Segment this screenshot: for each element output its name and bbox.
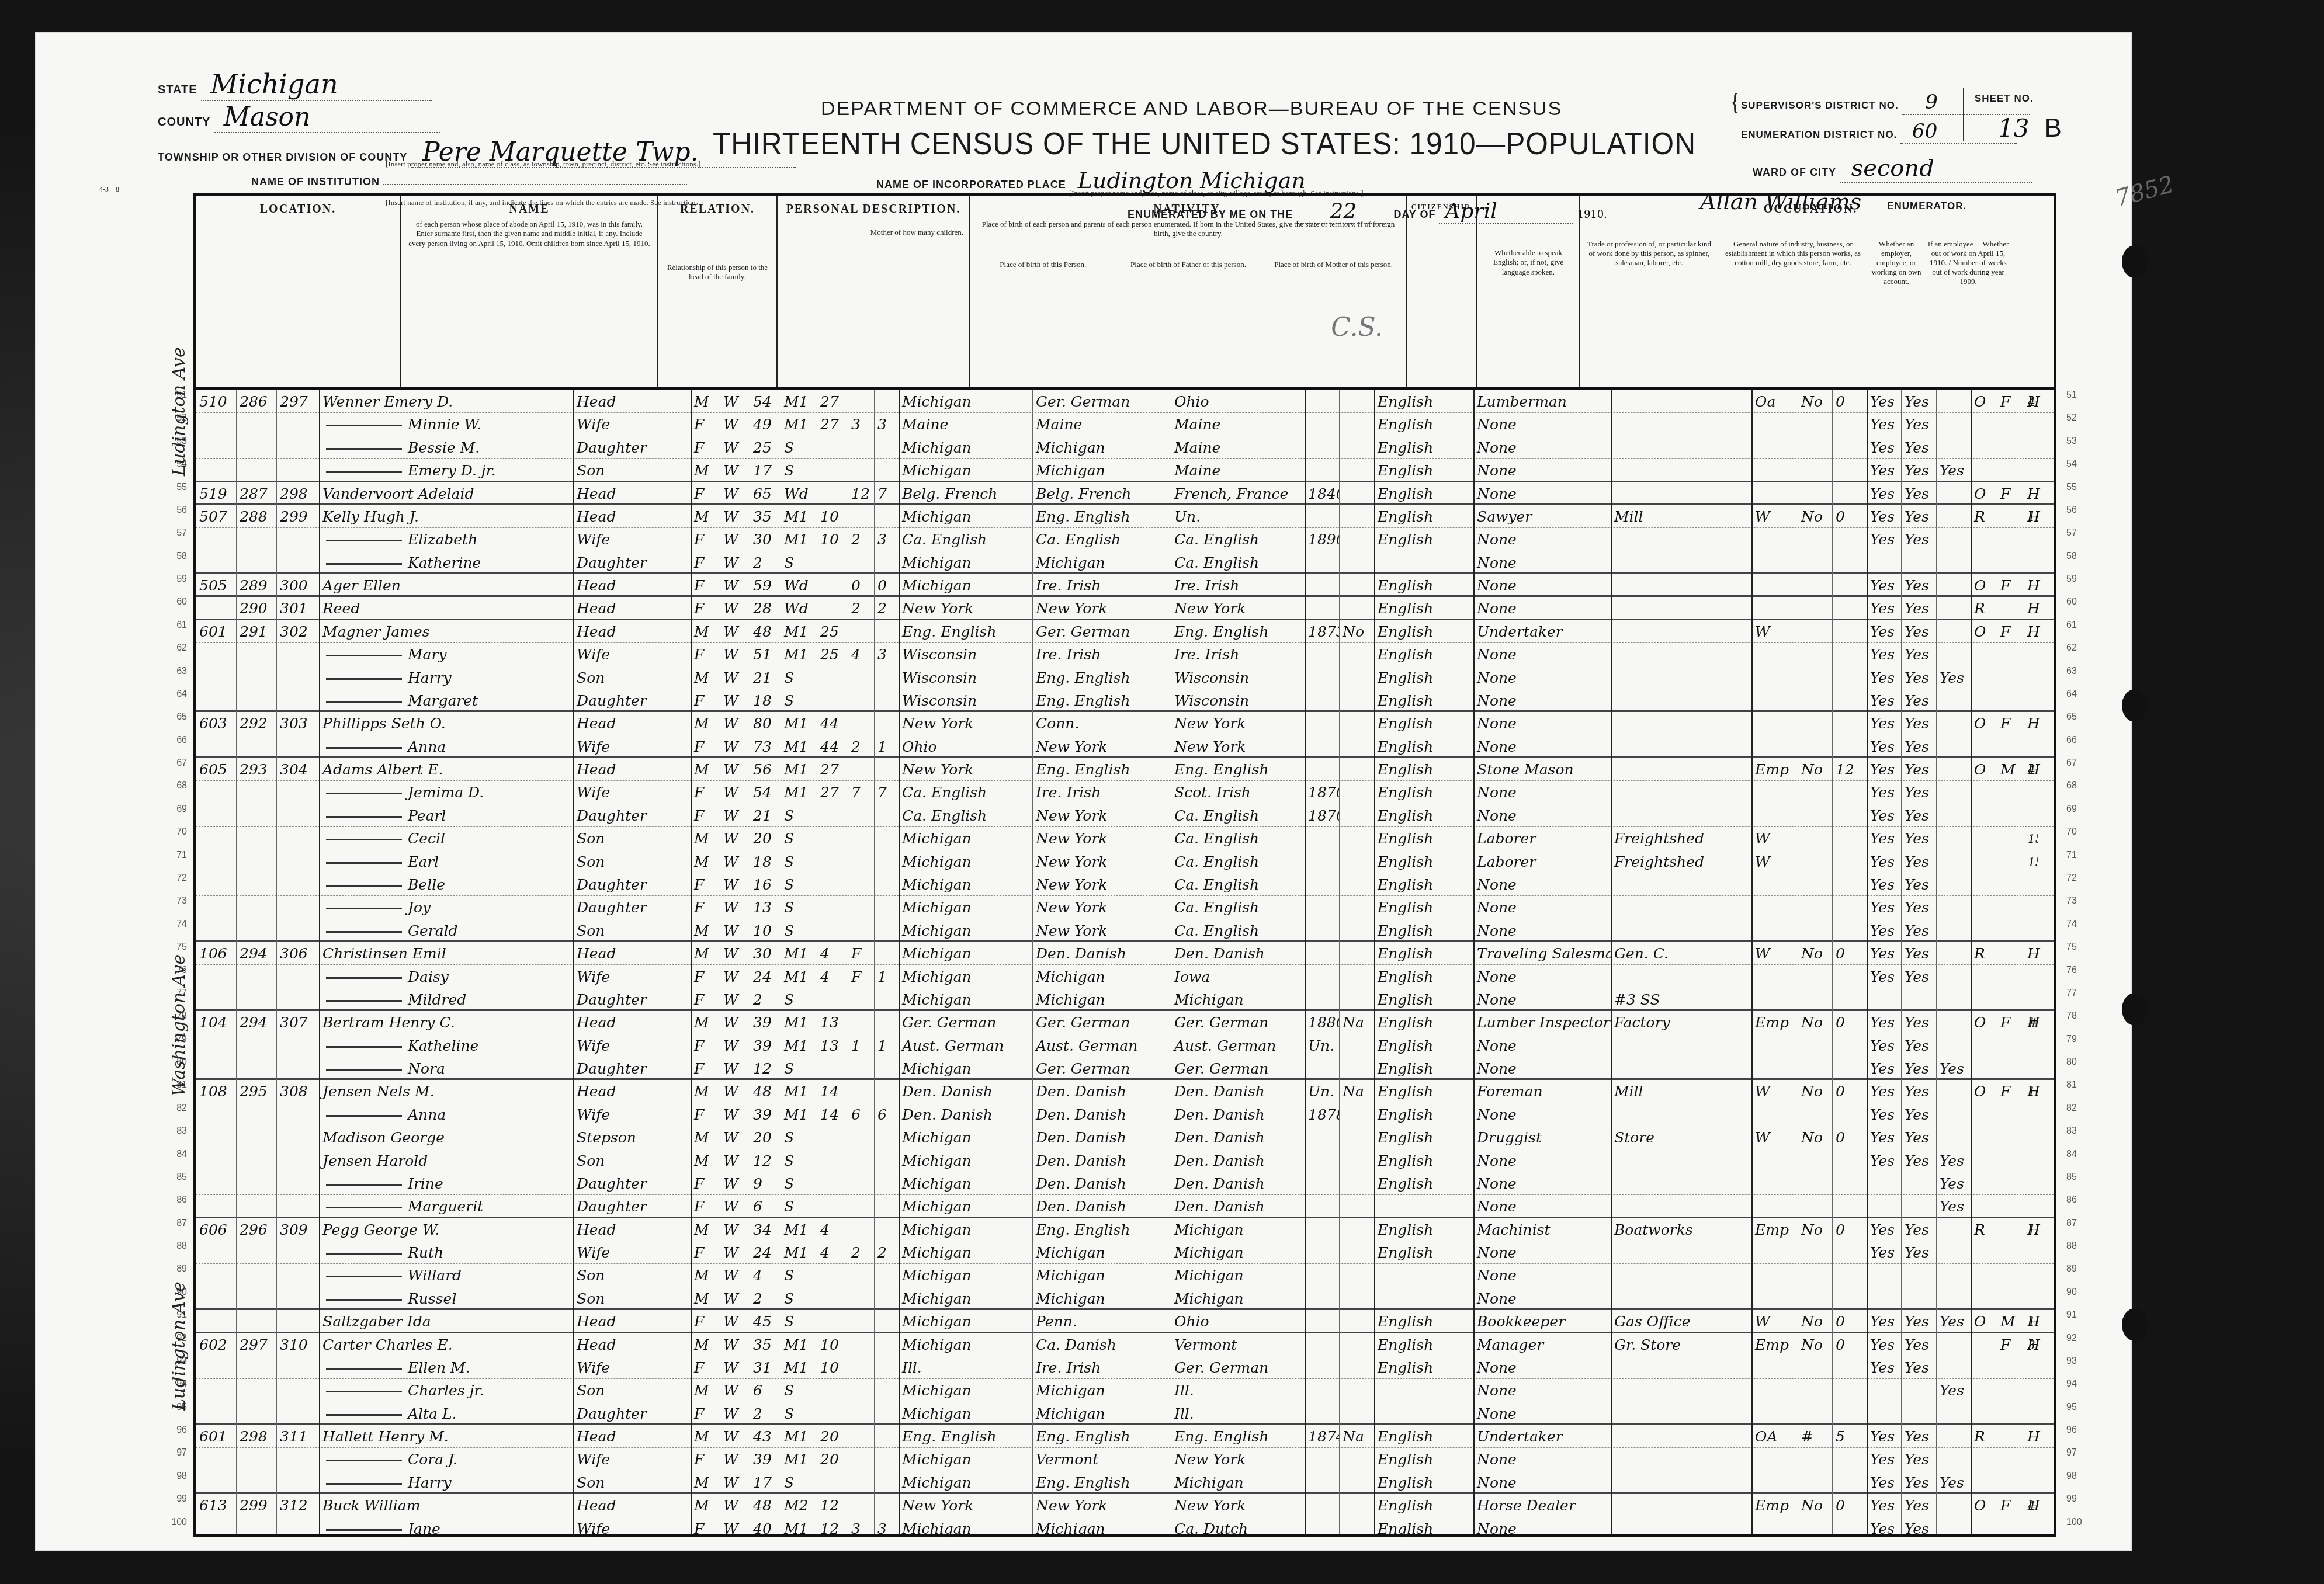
- cell-children-born: F: [848, 942, 874, 964]
- cell-family: [276, 1103, 319, 1126]
- cell-sched: [2024, 1126, 2038, 1148]
- cell-dwelling: [236, 1126, 276, 1148]
- cell-mother-birth: Eng. English: [1171, 758, 1305, 780]
- cell-read: Yes: [1867, 804, 1901, 826]
- department-heading: DEPARTMENT OF COMMERCE AND LABOR—BUREAU …: [821, 98, 1562, 120]
- cell-relation: Wife: [573, 1034, 691, 1057]
- cell-mother-birth: New York: [1171, 1448, 1305, 1470]
- cell-write: Yes: [1901, 1471, 1935, 1492]
- cell-name: Phillipps Seth O.: [319, 712, 573, 734]
- cell-children-born: 12: [848, 482, 874, 503]
- cell-language: English: [1374, 666, 1473, 689]
- cell-age: 18: [750, 850, 781, 873]
- cell-birth: Michigan: [899, 1149, 1032, 1172]
- cell-industry: [1611, 1195, 1751, 1216]
- cell-children-born: [848, 505, 874, 527]
- line-number-right: 91: [2066, 1310, 2096, 1321]
- cell-sex: F: [691, 1195, 719, 1216]
- cell-dwelling: [236, 781, 276, 803]
- cell-age: 25: [750, 436, 781, 458]
- cell-sched: [2024, 689, 2038, 710]
- given-name: Earl: [408, 853, 439, 870]
- cell-industry: [1611, 1241, 1751, 1263]
- cell-nat: [1339, 689, 1373, 710]
- cell-nat: [1339, 1218, 1373, 1241]
- table-row: 6464MargaretDaughterFW18SWisconsinEng. E…: [196, 689, 2054, 712]
- employer-head: Whether an employer, employee, or workin…: [1868, 239, 1925, 286]
- cell-race: W: [720, 1218, 750, 1241]
- cell-immig: [1305, 965, 1339, 988]
- cell-children-born: F: [848, 965, 874, 988]
- cell-read: Yes: [1867, 1011, 1901, 1033]
- cell-race: W: [720, 436, 750, 458]
- cell-dwelling: [236, 988, 276, 1009]
- cell-trade: None: [1473, 1379, 1611, 1401]
- cell-race: W: [720, 1425, 750, 1447]
- relation-description: Relationship of this person to the head …: [658, 216, 776, 286]
- census-table: LOCATION. NAME of each person whose plac…: [193, 193, 2056, 1537]
- cell-write: Yes: [1901, 781, 1935, 803]
- cell-children-living: [874, 1402, 898, 1423]
- cell-industry: Freightshed: [1611, 850, 1751, 873]
- cell-free: M: [1997, 758, 2023, 780]
- cell-father-birth: Den. Danish: [1032, 1195, 1171, 1216]
- cell-marital: M1: [781, 1011, 816, 1033]
- cell-free: [1997, 689, 2023, 710]
- cell-write: Yes: [1901, 505, 1935, 527]
- cell-immig: [1305, 1126, 1339, 1148]
- cell-marital: S: [781, 896, 816, 918]
- surname: Ager: [322, 577, 358, 594]
- cell-age: 16: [750, 873, 781, 895]
- cell-employ: [1751, 436, 1798, 458]
- cell-family: [276, 827, 319, 849]
- cell-industry: Mill: [1611, 505, 1751, 527]
- cell-years-married: 27: [817, 390, 848, 412]
- cell-race: W: [720, 735, 750, 756]
- cell-write: Yes: [1901, 574, 1935, 595]
- cell-out: [1798, 804, 1832, 826]
- cell-language: English: [1374, 505, 1473, 527]
- cell-name: Minnie W.: [319, 413, 573, 435]
- cell-children-born: 2: [848, 735, 874, 756]
- cell-trade: None: [1473, 1356, 1611, 1378]
- cell-age: 30: [750, 942, 781, 964]
- cell-immig: 1890: [1305, 528, 1339, 550]
- cell-industry: [1611, 873, 1751, 895]
- sheet-label: Sheet No.: [1975, 93, 2034, 105]
- cell-birth: Michigan: [899, 1379, 1032, 1401]
- cell-marital: S: [781, 1402, 816, 1423]
- cell-race: W: [720, 896, 750, 918]
- cell-years-married: 10: [817, 1333, 848, 1356]
- cell-father-birth: Michigan: [1032, 551, 1171, 572]
- table-row: 8383Madison GeorgeStepsonMW20SMichiganDe…: [196, 1126, 2054, 1149]
- cell-family: [276, 1517, 319, 1540]
- cell-marital: S: [781, 1264, 816, 1286]
- cell-father-birth: Ire. Irish: [1032, 781, 1171, 803]
- line-number-right: 96: [2066, 1425, 2096, 1436]
- cell-weeks: 0: [1832, 1333, 1867, 1356]
- cell-owned: [1971, 1517, 1997, 1540]
- cell-age: 12: [750, 1057, 781, 1078]
- cell-read: [1867, 1379, 1901, 1401]
- given-name: Cora J.: [408, 1451, 457, 1468]
- cell-language: English: [1374, 1333, 1473, 1356]
- cell-sched: [2024, 1287, 2038, 1308]
- line-number-right: 67: [2066, 758, 2096, 769]
- cell-dwelling: [236, 1149, 276, 1172]
- given-name: Katheline: [408, 1037, 478, 1054]
- cell-weeks: [1832, 1149, 1867, 1172]
- cell-write: Yes: [1901, 735, 1935, 756]
- cell-children-living: 1: [874, 735, 898, 756]
- cell-children-living: [874, 666, 898, 689]
- cell-owned: [1971, 1287, 1997, 1308]
- cell-mother-birth: Vermont: [1171, 1333, 1305, 1356]
- cell-family: [276, 459, 319, 480]
- cell-free: [1997, 1379, 2023, 1401]
- ditto-dash: [326, 471, 402, 473]
- surname: Adams: [322, 761, 373, 778]
- cell-sched: [2024, 574, 2038, 595]
- cell-relation: Daughter: [573, 804, 691, 826]
- cell-years-married: 27: [817, 781, 848, 803]
- cell-read: Yes: [1867, 666, 1901, 689]
- cell-weeks: [1832, 528, 1867, 550]
- cell-language: English: [1374, 528, 1473, 550]
- line-number: 66: [158, 735, 187, 746]
- cell-language: English: [1374, 1471, 1473, 1492]
- cell-nat: [1339, 413, 1373, 435]
- cell-write: Yes: [1901, 528, 1935, 550]
- cell-employ: [1751, 781, 1798, 803]
- table-row: 8585IrineDaughterFW9SMichiganDen. Danish…: [196, 1172, 2054, 1195]
- cell-family: 299: [276, 505, 319, 527]
- cell-out: [1798, 436, 1832, 458]
- cell-write: Yes: [1901, 689, 1935, 710]
- cell-industry: Gas Office: [1611, 1310, 1751, 1331]
- cell-write: Yes: [1901, 919, 1935, 940]
- cell-sex: F: [691, 1448, 719, 1470]
- cell-weeks: [1832, 666, 1867, 689]
- cell-mother-birth: Den. Danish: [1171, 1080, 1305, 1102]
- cell-weeks: [1832, 896, 1867, 918]
- cell-family: 303: [276, 712, 319, 734]
- cell-immig: [1305, 919, 1339, 940]
- cell-relation: Head: [573, 1425, 691, 1447]
- cell-children-born: 3: [848, 1517, 874, 1540]
- given-name: Marguerit: [408, 1198, 483, 1215]
- cell-nat: [1339, 1517, 1373, 1540]
- cell-read: Yes: [1867, 1103, 1901, 1126]
- cell-relation: Head: [573, 574, 691, 595]
- cell-employ: [1751, 689, 1798, 710]
- column-rule: [691, 390, 692, 1534]
- cell-owned: O: [1971, 1310, 1997, 1331]
- table-row: 8282AnnaWifeFW39M11466Den. DanishDen. Da…: [196, 1103, 2054, 1126]
- cell-employ: [1751, 1356, 1798, 1378]
- ditto-dash: [326, 862, 402, 864]
- line-number-right: 80: [2066, 1057, 2096, 1068]
- cell-birth: Michigan: [899, 1402, 1032, 1423]
- township-label: Township or other division of county: [158, 151, 407, 163]
- cell-read: Yes: [1867, 643, 1901, 665]
- cell-trade: None: [1473, 1057, 1611, 1078]
- given-name: Charles jr.: [408, 1382, 484, 1399]
- cell-house: [196, 643, 236, 665]
- surname: Kelly: [322, 508, 359, 525]
- cell-age: 6: [750, 1195, 781, 1216]
- cell-weeks: 0: [1832, 1310, 1867, 1331]
- cell-industry: [1611, 712, 1751, 734]
- cell-write: Yes: [1901, 1333, 1935, 1356]
- cell-race: W: [720, 574, 750, 595]
- cell-birth: Michigan: [899, 1287, 1032, 1308]
- cell-immig: [1305, 459, 1339, 480]
- punch-hole: [2122, 245, 2148, 278]
- cell-out: [1798, 551, 1832, 572]
- cell-language: English: [1374, 1149, 1473, 1172]
- cell-house: [196, 1471, 236, 1492]
- cell-sex: M: [691, 1425, 719, 1447]
- cell-employ: Emp: [1751, 1218, 1798, 1241]
- cell-children-born: [848, 1172, 874, 1194]
- cell-free: [1997, 1264, 2023, 1286]
- cell-father-birth: Aust. German: [1032, 1034, 1171, 1057]
- cell-birth: Michigan: [899, 1195, 1032, 1216]
- cell-weeks: 0: [1832, 390, 1867, 412]
- cell-age: 39: [750, 1011, 781, 1033]
- cell-children-born: [848, 850, 874, 873]
- cell-owned: O: [1971, 482, 1997, 503]
- cell-relation: Head: [573, 1333, 691, 1356]
- line-number-right: 72: [2066, 873, 2096, 884]
- cell-sched: 13: [2024, 1218, 2038, 1241]
- column-rule: [817, 390, 817, 1534]
- cell-marital: M1: [781, 1241, 816, 1263]
- cell-write: Yes: [1901, 942, 1935, 964]
- cell-free: [1997, 1034, 2023, 1057]
- cell-relation: Head: [573, 390, 691, 412]
- cell-name: Jemima D.: [319, 781, 573, 803]
- cell-house: [196, 1402, 236, 1423]
- cell-birth: Michigan: [899, 1517, 1032, 1540]
- cell-birth: Michigan: [899, 988, 1032, 1009]
- cell-out: [1798, 413, 1832, 435]
- cell-read: Yes: [1867, 528, 1901, 550]
- cell-children-born: 0: [848, 574, 874, 595]
- cell-children-living: [874, 1425, 898, 1447]
- cell-father-birth: Den. Danish: [1032, 942, 1171, 964]
- given-name: William: [365, 1497, 421, 1514]
- cell-years-married: [817, 482, 848, 503]
- occupation-heading: OCCUPATION.: [1580, 196, 2041, 216]
- cell-employ: [1751, 965, 1798, 988]
- cell-write: Yes: [1901, 873, 1935, 895]
- cell-years-married: 20: [817, 1448, 848, 1470]
- table-row: 8888RuthWifeFW24M1422MichiganMichiganMic…: [196, 1241, 2054, 1264]
- cell-school: [1936, 643, 1971, 665]
- cell-industry: [1611, 1448, 1751, 1470]
- cell-mother-birth: Ire. Irish: [1171, 643, 1305, 665]
- cell-industry: #3 SS: [1611, 988, 1751, 1009]
- cell-relation: Daughter: [573, 988, 691, 1009]
- cell-marital: S: [781, 551, 816, 572]
- cell-race: W: [720, 689, 750, 710]
- cell-weeks: [1832, 1517, 1867, 1540]
- surname: Bertram: [322, 1014, 384, 1031]
- cell-father-birth: Eng. English: [1032, 758, 1171, 780]
- cell-father-birth: Eng. English: [1032, 1218, 1171, 1241]
- cell-children-born: [848, 1218, 874, 1241]
- cell-school: [1936, 1494, 1971, 1516]
- cell-family: 310: [276, 1333, 319, 1356]
- line-number: 62: [158, 643, 187, 654]
- cell-weeks: [1832, 1195, 1867, 1216]
- cell-out: No: [1798, 1080, 1832, 1102]
- cell-dwelling: 287: [236, 482, 276, 503]
- cell-sex: F: [691, 896, 719, 918]
- cell-read: Yes: [1867, 689, 1901, 710]
- cell-relation: Wife: [573, 1356, 691, 1378]
- cell-birth: Michigan: [899, 965, 1032, 988]
- line-number-right: 98: [2066, 1471, 2096, 1482]
- cell-school: [1936, 1126, 1971, 1148]
- cell-children-born: [848, 1356, 874, 1378]
- cell-sched: 10: [2024, 1310, 2038, 1331]
- cell-children-living: 2: [874, 1241, 898, 1263]
- cell-owned: [1971, 689, 1997, 710]
- cell-relation: Wife: [573, 1448, 691, 1470]
- cell-birth: Michigan: [899, 505, 1032, 527]
- cell-employ: [1751, 1057, 1798, 1078]
- cell-employ: W: [1751, 1126, 1798, 1148]
- cell-race: W: [720, 1103, 750, 1126]
- cell-sched: [2024, 1425, 2038, 1447]
- cell-years-married: [817, 1057, 848, 1078]
- cell-weeks: [1832, 988, 1867, 1009]
- cell-name: Hallett Henry M.: [319, 1425, 573, 1447]
- cell-trade: None: [1473, 965, 1611, 988]
- cell-sched: 16: [2024, 505, 2038, 527]
- cell-mother-birth: Den. Danish: [1171, 1195, 1305, 1216]
- cell-owned: [1971, 1379, 1997, 1401]
- cell-marital: M1: [781, 1448, 816, 1470]
- cell-father-birth: New York: [1032, 735, 1171, 756]
- cell-mother-birth: Wisconsin: [1171, 689, 1305, 710]
- cell-children-living: [874, 689, 898, 710]
- supervisor-label: Supervisor's District No.: [1741, 100, 1899, 111]
- cell-sex: M: [691, 1287, 719, 1308]
- cell-sex: M: [691, 850, 719, 873]
- cell-immig: [1305, 551, 1339, 572]
- cell-years-married: [817, 1287, 848, 1308]
- cell-relation: Daughter: [573, 896, 691, 918]
- cell-out: #: [1798, 1425, 1832, 1447]
- cell-house: [196, 896, 236, 918]
- cell-immig: [1305, 505, 1339, 527]
- cell-trade: None: [1473, 689, 1611, 710]
- cell-school: [1936, 1034, 1971, 1057]
- cell-school: [1936, 1448, 1971, 1470]
- cell-father-birth: Eng. English: [1032, 666, 1171, 689]
- cell-owned: [1971, 1103, 1997, 1126]
- cell-industry: [1611, 643, 1751, 665]
- cell-trade: None: [1473, 804, 1611, 826]
- line-number-right: 87: [2066, 1218, 2096, 1229]
- cell-children-born: [848, 1379, 874, 1401]
- cell-trade: None: [1473, 666, 1611, 689]
- cell-years-married: [817, 666, 848, 689]
- given-name: Elizabeth: [408, 531, 477, 548]
- cell-race: W: [720, 1057, 750, 1078]
- cell-language: English: [1374, 712, 1473, 734]
- cell-write: [1901, 988, 1935, 1009]
- cell-birth: Michigan: [899, 827, 1032, 849]
- industry-head: General nature of industry, business, or…: [1718, 239, 1868, 286]
- cell-name: Russel: [319, 1287, 573, 1308]
- cell-relation: Wife: [573, 1103, 691, 1126]
- header-nativity: NATIVITY. Place of birth of each person …: [970, 196, 1407, 387]
- cell-weeks: 0: [1832, 1218, 1867, 1241]
- cell-nat: [1339, 919, 1373, 940]
- table-row: 9494Charles jr.SonMW6SMichiganMichiganIl…: [196, 1379, 2054, 1402]
- cell-out: [1798, 482, 1832, 503]
- cell-language: [1374, 1195, 1473, 1216]
- cell-name: Elizabeth: [319, 528, 573, 550]
- cell-weeks: [1832, 827, 1867, 849]
- cell-dwelling: [236, 1264, 276, 1286]
- cell-relation: Head: [573, 620, 691, 642]
- cell-sched: [2024, 459, 2038, 480]
- cell-sex: F: [691, 1517, 719, 1540]
- cell-out: [1798, 1241, 1832, 1263]
- table-row: 6767605293304Adams Albert E.HeadMW56M127…: [196, 758, 2054, 781]
- cell-industry: [1611, 528, 1751, 550]
- cell-family: [276, 1149, 319, 1172]
- ditto-dash: [326, 816, 402, 818]
- cell-read: Yes: [1867, 1218, 1901, 1241]
- ditto-dash: [326, 931, 402, 933]
- cell-children-living: [874, 758, 898, 780]
- line-number-right: 95: [2066, 1402, 2096, 1413]
- cell-owned: O: [1971, 1494, 1997, 1516]
- cell-industry: [1611, 436, 1751, 458]
- cell-family: 312: [276, 1494, 319, 1516]
- cell-children-living: [874, 1126, 898, 1148]
- punch-hole: [2122, 993, 2148, 1026]
- cell-write: Yes: [1901, 1494, 1935, 1516]
- cell-mother-birth: Michigan: [1171, 988, 1305, 1009]
- cell-name: Daisy: [319, 965, 573, 988]
- cell-write: Yes: [1901, 1126, 1935, 1148]
- table-rows: 5151510286297Wenner Emery D.HeadMW54M127…: [196, 390, 2054, 1534]
- cell-free: M: [1997, 1310, 2023, 1331]
- cell-free: [1997, 1057, 2023, 1078]
- surname: Christinsen: [322, 945, 408, 962]
- line-number-right: 69: [2066, 804, 2096, 815]
- cell-age: 12: [750, 1149, 781, 1172]
- line-number-right: 79: [2066, 1034, 2096, 1045]
- cell-trade: None: [1473, 528, 1611, 550]
- surname: Jensen: [322, 1152, 372, 1169]
- cell-age: 34: [750, 1218, 781, 1241]
- cell-children-living: [874, 1057, 898, 1078]
- cell-nat: [1339, 827, 1373, 849]
- cell-owned: R: [1971, 505, 1997, 527]
- column-rule: [848, 390, 848, 1534]
